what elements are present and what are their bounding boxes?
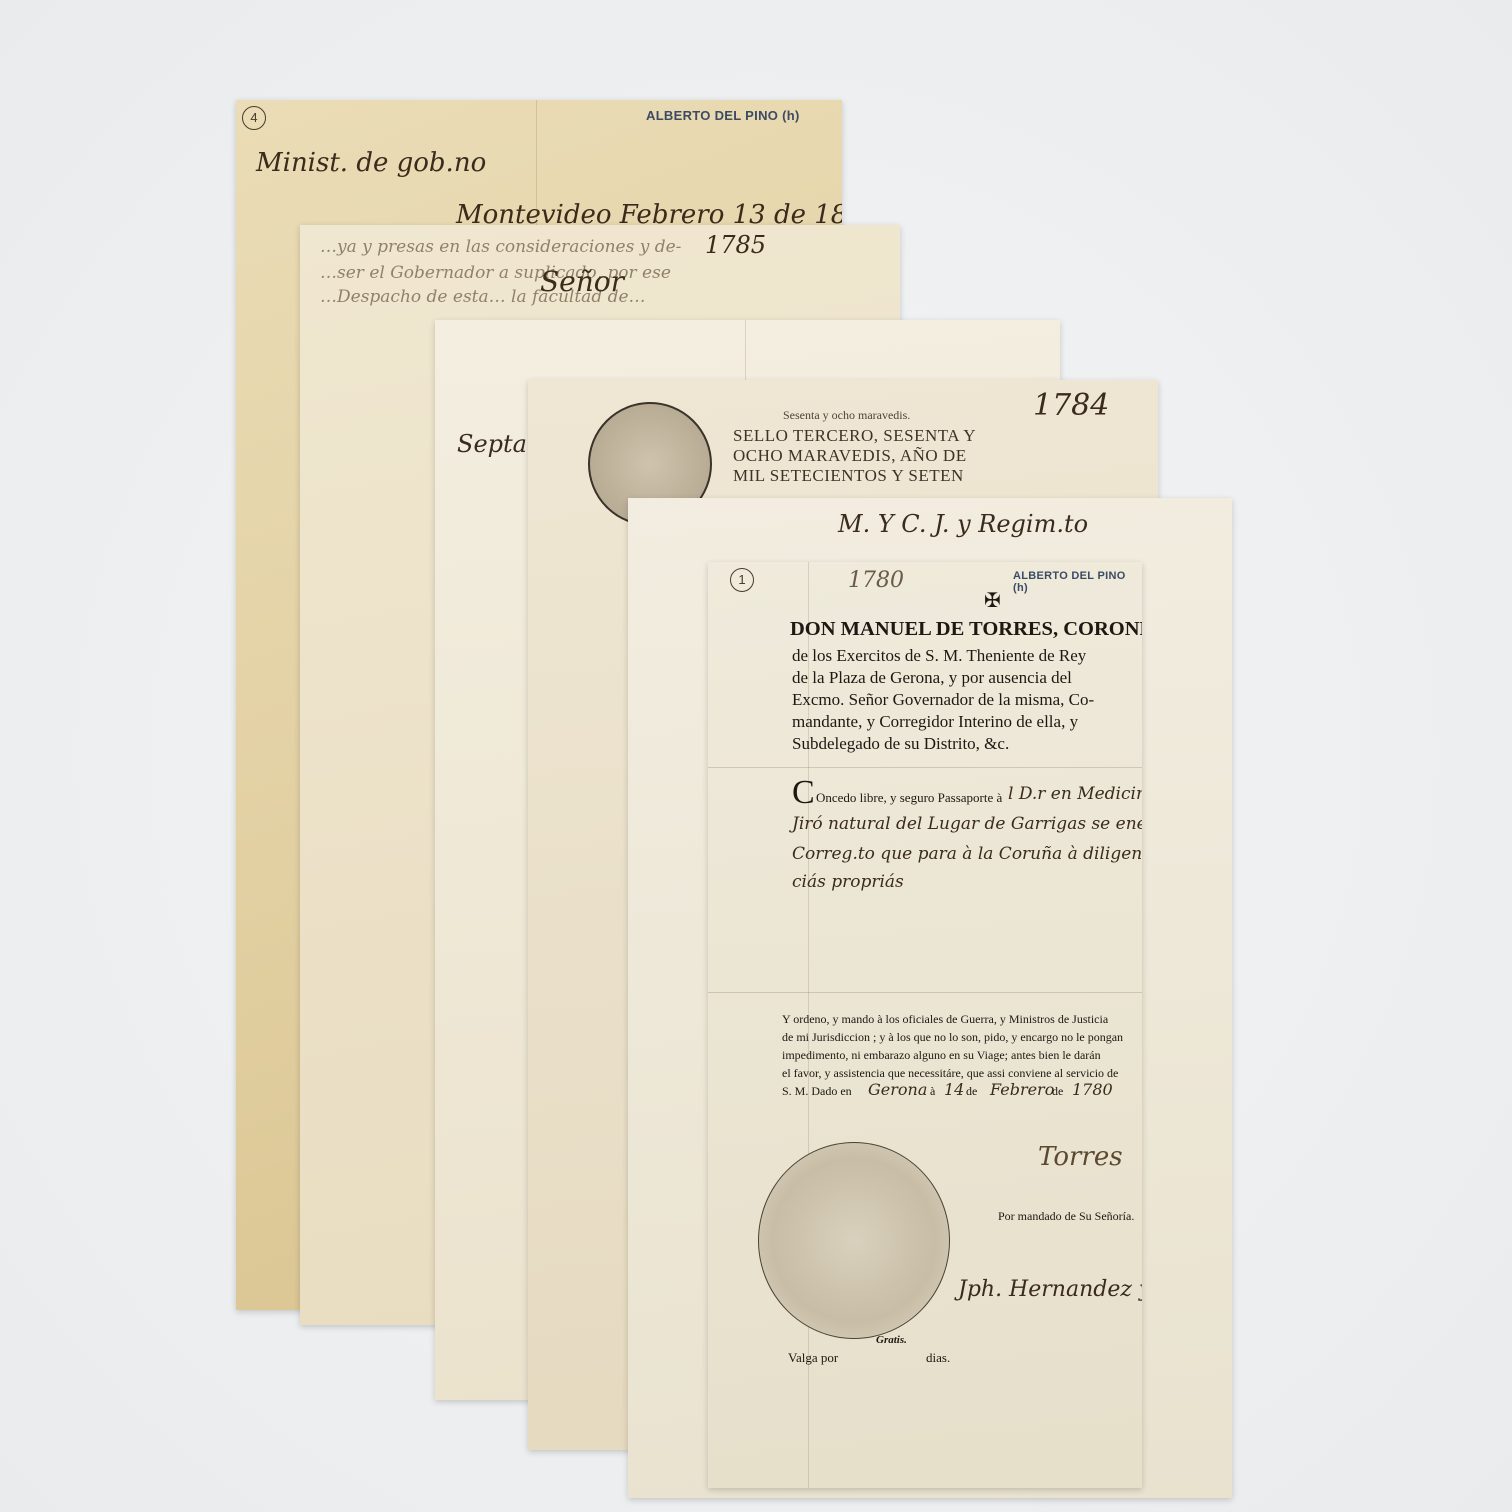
collector-stamp: ALBERTO DEL PINO (h) (1013, 570, 1142, 594)
document-1-passport-1780: 1 1780 ALBERTO DEL PINO (h) ✠ DON MANUEL… (708, 562, 1142, 1488)
cross-ornament: ✠ (984, 588, 1001, 613)
salutation: Señor (540, 265, 624, 298)
signature-hernandez: Jph. Hernandez y Carrillo (958, 1277, 1142, 1302)
collector-stamp: ALBERTO DEL PINO (h) (646, 108, 800, 123)
year-note: 1785 (705, 231, 766, 259)
number-circle: 1 (730, 568, 754, 592)
signature-torres: Torres (1038, 1142, 1123, 1172)
number-circle: 4 (242, 106, 266, 130)
drop-cap: C (792, 774, 815, 812)
ministry-heading: Minist. de gob.no (256, 148, 486, 178)
coat-of-arms-engraving (758, 1142, 950, 1339)
title: DON MANUEL DE TORRES, CORONEL (790, 618, 1142, 641)
year-note: 1780 (848, 568, 904, 593)
year-note: 1784 (1033, 388, 1109, 423)
heading: M. Y C. J. y Regim.to (838, 510, 1088, 538)
